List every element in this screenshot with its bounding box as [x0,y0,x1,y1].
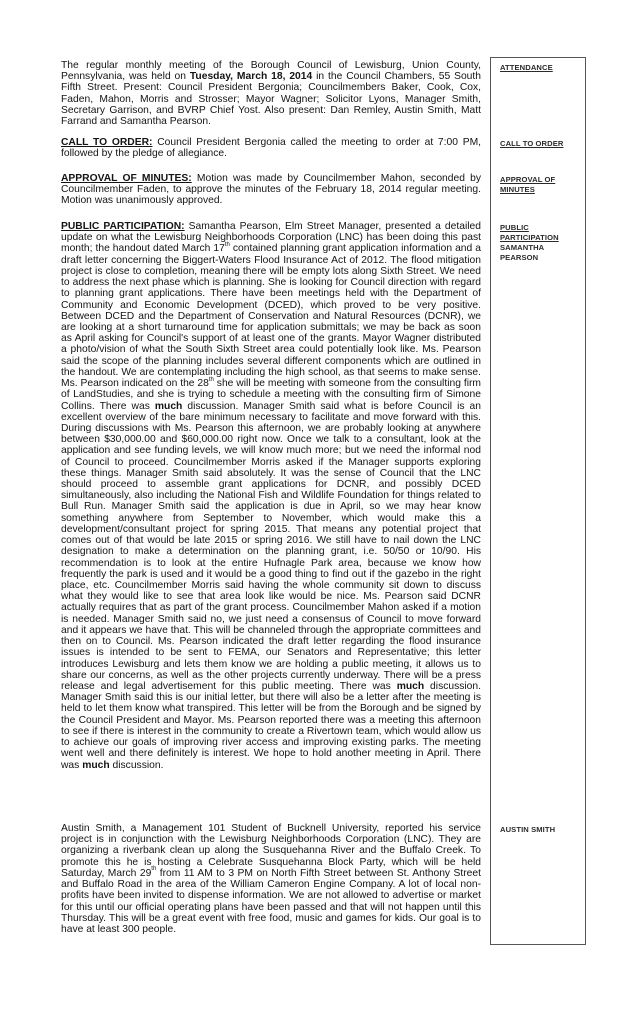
sidebar-attendance-text: ATTENDANCE [500,63,553,72]
sidebar-label-approval-of-minutes: APPROVAL OF MINUTES [500,175,584,195]
sidebar-label-attendance: ATTENDANCE [500,63,584,73]
ordinal-suffix: th [209,377,214,383]
public-participation-text: discussion. Manager Smith said this is o… [61,681,481,771]
emphasis-much: much [397,681,424,692]
attendance-paragraph: The regular monthly meeting of the Borou… [61,60,481,127]
meeting-date: Tuesday, March 18, 2014 [190,71,312,82]
sidebar-label-call-to-order: CALL TO ORDER [500,139,584,149]
sidebar-label-austin-smith: AUSTIN SMITH [500,825,584,835]
sidebar-public-sub-1: SAMANTHA [500,243,544,252]
approval-of-minutes-heading: APPROVAL OF MINUTES: [61,173,192,184]
emphasis-much: much [82,760,109,771]
ordinal-suffix: th [151,866,156,872]
public-participation-text: contained planning grant application inf… [61,243,481,389]
public-participation-heading: PUBLIC PARTICIPATION: [61,221,185,232]
sidebar-public-line-1: PUBLIC [500,223,529,232]
public-participation-text: discussion. [110,760,164,771]
sidebar-public-line-2: PARTICIPATION [500,233,559,242]
public-participation-paragraph: PUBLIC PARTICIPATION: Samantha Pearson, … [61,221,481,771]
austin-smith-paragraph: Austin Smith, a Management 101 Student o… [61,823,481,935]
ordinal-suffix: th [225,242,230,248]
emphasis-much: much [155,401,182,412]
sidebar-label-public-participation: PUBLIC PARTICIPATION SAMANTHA PEARSON [500,223,584,263]
sidebar-approval-line-1: APPROVAL OF [500,175,555,184]
call-to-order-heading: CALL TO ORDER: [61,137,152,148]
sidebar-call-to-order-text: CALL TO ORDER [500,139,563,148]
topic-sidebar: ATTENDANCE CALL TO ORDER APPROVAL OF MIN… [490,57,586,945]
sidebar-austin-smith-text: AUSTIN SMITH [500,825,555,834]
approval-of-minutes-paragraph: APPROVAL OF MINUTES: Motion was made by … [61,173,481,207]
public-participation-text: discussion. Manager Smith said what is b… [61,401,481,692]
sidebar-approval-line-2: MINUTES [500,185,535,194]
sidebar-public-sub-2: PEARSON [500,253,538,262]
document-page: The regular monthly meeting of the Borou… [0,0,625,1030]
call-to-order-paragraph: CALL TO ORDER: Council President Bergoni… [61,137,481,159]
